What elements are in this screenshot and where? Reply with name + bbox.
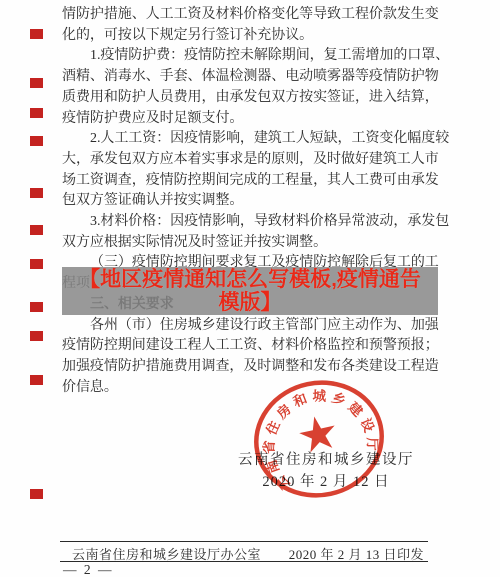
document-line: 质费用和防护人员费用，由承发包双方按实签证，进入结算， (62, 88, 440, 109)
document-line: 包双方签证确认并按实调整。 (62, 191, 440, 212)
watermark-line-2: 模版】 (219, 291, 282, 314)
margin-mark (30, 489, 43, 499)
margin-mark (30, 108, 43, 118)
document-line: 1.疫情防护费：疫情防控未解除期间，复工需增加的口罩、 (62, 46, 440, 67)
document-text: 情防护措施、人工工资及材料价格变化等导致工程价款发生变化的，可按以下规定另行签订… (62, 5, 440, 398)
document-line: 加强疫情防护措施费用调查，及时调整和发布各类建设工程造 (62, 357, 440, 378)
margin-mark (30, 78, 43, 88)
watermark-line-1: 【地区疫情通知怎么写模板,疫情通告 (79, 268, 421, 291)
document-line: 情防护措施、人工工资及材料价格变化等导致工程价款发生变 (62, 5, 440, 26)
document-page: 情防护措施、人工工资及材料价格变化等导致工程价款发生变化的，可按以下规定另行签订… (0, 0, 500, 577)
margin-mark (30, 136, 43, 146)
watermark-band: 【地区疫情通知怎么写模板,疫情通告 模版】 (62, 267, 438, 315)
document-line: 2.人工工资：因疫情影响，建筑工人短缺，工资变化幅度较 (62, 129, 440, 150)
margin-mark (30, 29, 43, 39)
document-line: 疫情防护费应及时足额支付。 (62, 109, 440, 130)
document-line: 酒精、消毒水、手套、体温检测器、电动喷雾器等疫情防护物 (62, 67, 440, 88)
seal-star-icon (297, 413, 340, 454)
document-line: 场工资调查，疫情防控期间完成的工程量，其人工费可由承发 (62, 171, 440, 192)
document-line: 化的，可按以下规定另行签订补充协议。 (62, 26, 440, 47)
footer-office: 云南省住房和城乡建设厅办公室 (60, 544, 261, 563)
footer-row: 云南省住房和城乡建设厅办公室 2020 年 2 月 13 日印发 (60, 544, 428, 563)
margin-mark (30, 331, 43, 341)
margin-mark (30, 259, 43, 269)
margin-mark (30, 225, 43, 235)
footer-divider-bottom (60, 561, 428, 562)
margin-mark (30, 302, 43, 312)
document-line: 大，承发包双方应本着实事求是的原则，及时做好建筑工人市 (62, 150, 440, 171)
footer-divider-top (60, 541, 428, 542)
footer-print-date: 2020 年 2 月 13 日印发 (289, 544, 428, 563)
page-number: — 2 — (63, 562, 114, 577)
document-line: 疫情防控期间建设工程人工工资、材料价格监控和预警预报； (62, 336, 440, 357)
margin-mark (30, 188, 43, 198)
document-line: 双方应根据实际情况及时签证并按实调整。 (62, 233, 440, 254)
margin-mark (30, 375, 43, 385)
document-line: 各州（市）住房城乡建设行政主管部门应主动作为、加强 (62, 316, 440, 337)
document-line: 3.材料价格：因疫情影响，导致材料价格异常波动，承发包 (62, 212, 440, 233)
